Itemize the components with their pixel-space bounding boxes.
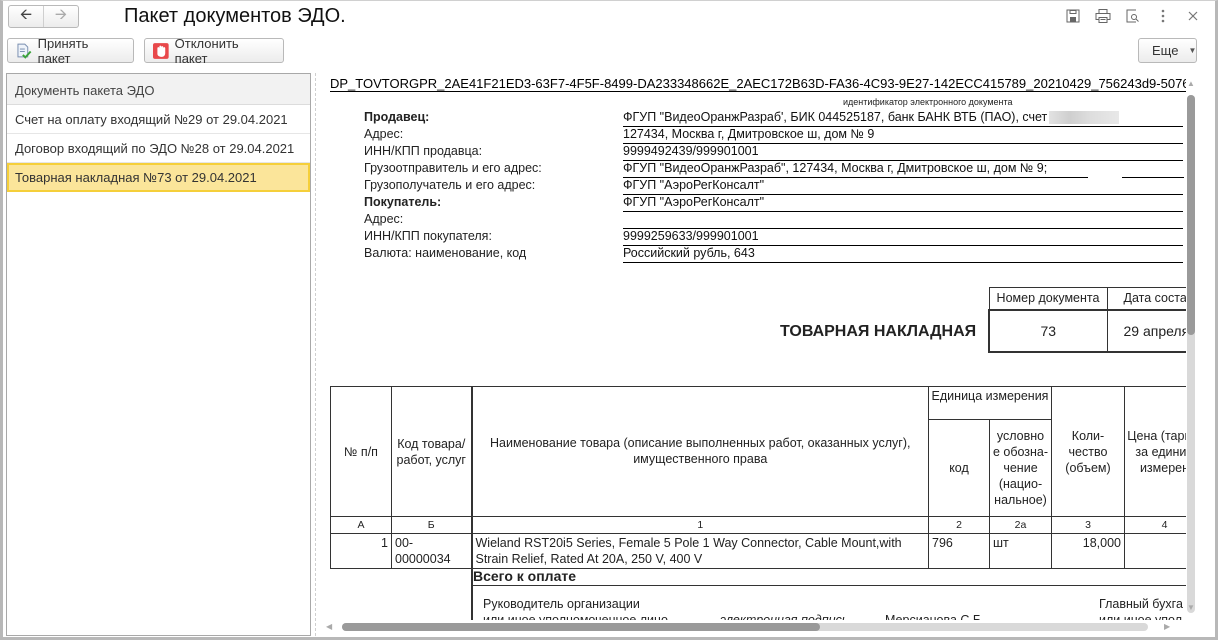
shipper-label: Грузоотправитель и его адрес: bbox=[364, 161, 542, 175]
identifier-caption: идентификатор электронного документа bbox=[843, 97, 1013, 107]
index-cell: 3 bbox=[1052, 517, 1125, 534]
index-cell: Б bbox=[392, 517, 472, 534]
seller-address-value: 127434, Москва г, Дмитровское ш, дом № 9 bbox=[623, 127, 1183, 144]
window-actions bbox=[1058, 6, 1208, 26]
document-accept-icon bbox=[16, 43, 32, 59]
chevron-down-icon: ▼ bbox=[1188, 46, 1196, 55]
currency-value: Российский рубль, 643 bbox=[623, 246, 1183, 263]
preview-icon bbox=[1126, 9, 1140, 23]
buyer-inn-label: ИНН/КПП покупателя: bbox=[364, 229, 492, 243]
head-title-line1: Руководитель организации bbox=[483, 597, 640, 611]
accountant-title-line2: или иное упол bbox=[1099, 613, 1182, 620]
seller-inn-value: 9999492439/999901001 bbox=[623, 144, 1183, 161]
preview-button[interactable] bbox=[1118, 6, 1148, 26]
buyer-address-label: Адрес: bbox=[364, 212, 403, 226]
panel-splitter[interactable] bbox=[315, 73, 316, 636]
table-row: 1 00-00000034 Wieland RST20i5 Series, Fe… bbox=[331, 534, 1187, 569]
document-number-table: Номер документа Дата соста 73 29 апреля bbox=[988, 287, 1186, 353]
save-icon bbox=[1066, 9, 1080, 23]
electronic-signature-label: электронная подпись bbox=[720, 613, 848, 620]
row-name: Wieland RST20i5 Series, Female 5 Pole 1 … bbox=[472, 534, 929, 569]
currency-label: Валюта: наименование, код bbox=[364, 246, 526, 260]
arrow-left-icon: 🡨 bbox=[20, 4, 32, 29]
accept-package-label: Принять пакет bbox=[38, 36, 123, 66]
document-title: ТОВАРНАЯ НАКЛАДНАЯ bbox=[780, 323, 976, 341]
col-num-header: № п/п bbox=[331, 387, 392, 517]
col-qty-header: Коли- чество (объем) bbox=[1052, 387, 1125, 517]
list-item-label: Товарная накладная №73 от 29.04.2021 bbox=[15, 170, 257, 185]
list-item[interactable]: Счет на оплату входящий №29 от 29.04.202… bbox=[7, 105, 310, 134]
vertical-scrollbar[interactable]: ▲ ▼ bbox=[1186, 73, 1198, 620]
col-unit-code-header: код bbox=[929, 420, 990, 517]
seller-address-label: Адрес: bbox=[364, 127, 403, 141]
seller-label: Продавец: bbox=[364, 110, 429, 124]
scroll-up-icon[interactable]: ▲ bbox=[1187, 79, 1195, 88]
accept-package-button[interactable]: Принять пакет bbox=[7, 38, 134, 63]
doc-number-value: 73 bbox=[989, 310, 1107, 352]
more-menu-button[interactable]: Еще ▼ bbox=[1138, 38, 1197, 63]
back-button[interactable]: 🡨 bbox=[9, 6, 43, 27]
print-button[interactable] bbox=[1088, 6, 1118, 26]
document-identifier: DP_TOVTORGPR_2AE41F21ED3-63F7-4F5F-8499-… bbox=[330, 76, 1186, 92]
more-actions-button[interactable] bbox=[1148, 6, 1178, 26]
goods-table: № п/п Код товара/ работ, услуг Наименова… bbox=[330, 386, 1186, 569]
list-item[interactable]: Договор входящий по ЭДО №28 от 29.04.202… bbox=[7, 134, 310, 163]
index-cell: 2а bbox=[990, 517, 1052, 534]
doc-date-value: 29 апреля bbox=[1107, 310, 1186, 352]
scroll-left-icon[interactable]: ◀ bbox=[326, 622, 332, 631]
col-unit-group-header: Единица измерения bbox=[929, 387, 1052, 420]
list-item-selected[interactable]: Товарная накладная №73 от 29.04.2021 bbox=[7, 163, 310, 192]
more-menu-label: Еще bbox=[1152, 43, 1178, 58]
buyer-inn-value: 9999259633/999901001 bbox=[623, 229, 1183, 246]
stop-hand-icon bbox=[153, 43, 169, 59]
seller-inn-label: ИНН/КПП продавца: bbox=[364, 144, 482, 158]
shipper-value: ФГУП "ВидеоОранжРазраб", 127434, Москва … bbox=[623, 161, 1088, 178]
accountant-title-line1: Главный бухга bbox=[1099, 597, 1183, 611]
doc-date-header: Дата соста bbox=[1107, 288, 1186, 310]
reject-package-button[interactable]: Отклонить пакет bbox=[144, 38, 284, 63]
navigation-buttons: 🡨 🡪 bbox=[8, 5, 79, 28]
forward-button[interactable]: 🡪 bbox=[43, 6, 78, 27]
col-unit-name-header: условно е обозна- чение (нацио- нальное) bbox=[990, 420, 1052, 517]
total-label: Всего к оплате bbox=[473, 568, 576, 584]
package-documents-list: Документь пакета ЭДО Счет на оплату вход… bbox=[6, 73, 311, 636]
index-cell: А bbox=[331, 517, 392, 534]
more-vertical-icon bbox=[1161, 9, 1165, 23]
consignee-label: Грузополучатель и его адрес: bbox=[364, 178, 535, 192]
redacted-account bbox=[1049, 111, 1119, 124]
print-icon bbox=[1095, 9, 1111, 23]
row-code: 00-00000034 bbox=[392, 534, 472, 569]
index-cell: 4 bbox=[1125, 517, 1187, 534]
buyer-label: Покупатель: bbox=[364, 195, 441, 209]
vertical-scroll-thumb[interactable] bbox=[1187, 95, 1195, 335]
col-price-header: Цена (тариф за единиц измерен bbox=[1125, 387, 1187, 517]
consignee-value: ФГУП "АэроРегКонсалт" bbox=[623, 178, 1183, 195]
arrow-right-icon: 🡪 bbox=[55, 4, 67, 29]
head-name: Мерсианова С.Б. bbox=[885, 613, 985, 620]
index-cell: 1 bbox=[472, 517, 929, 534]
shipper-extra-line bbox=[1122, 161, 1184, 178]
doc-number-header: Номер документа bbox=[989, 288, 1107, 310]
close-icon bbox=[1188, 11, 1198, 21]
index-cell: 2 bbox=[929, 517, 990, 534]
buyer-address-value bbox=[623, 212, 1183, 229]
col-code-header: Код товара/ работ, услуг bbox=[392, 387, 472, 517]
document-viewer: DP_TOVTORGPR_2AE41F21ED3-63F7-4F5F-8499-… bbox=[318, 73, 1186, 620]
window-title: Пакет документов ЭДО. bbox=[124, 5, 346, 28]
save-button[interactable] bbox=[1058, 6, 1088, 26]
row-unit-name: шт bbox=[990, 534, 1052, 569]
list-header: Документь пакета ЭДО bbox=[7, 74, 310, 105]
col-name-header: Наименование товара (описание выполненны… bbox=[472, 387, 929, 517]
list-item-label: Счет на оплату входящий №29 от 29.04.202… bbox=[15, 112, 288, 127]
scroll-right-icon[interactable]: ▶ bbox=[1164, 622, 1170, 631]
row-qty: 18,000 bbox=[1052, 534, 1125, 569]
head-title-line2: или иное уполномоченное лицо bbox=[483, 613, 668, 620]
buyer-value: ФГУП "АэроРегКонсалт" bbox=[623, 195, 1183, 212]
horizontal-scroll-thumb[interactable] bbox=[342, 623, 820, 631]
row-unit-code: 796 bbox=[929, 534, 990, 569]
row-num: 1 bbox=[331, 534, 392, 569]
row-price: 1 bbox=[1125, 534, 1187, 569]
reject-package-label: Отклонить пакет bbox=[175, 36, 273, 66]
seller-value: ФГУП "ВидеоОранжРазраб', БИК 044525187, … bbox=[623, 110, 1183, 127]
horizontal-scrollbar[interactable]: ◀ ▶ bbox=[318, 620, 1186, 634]
close-button[interactable] bbox=[1178, 6, 1208, 26]
total-row bbox=[471, 567, 1186, 586]
scroll-down-icon[interactable]: ▼ bbox=[1187, 603, 1195, 612]
list-item-label: Договор входящий по ЭДО №28 от 29.04.202… bbox=[15, 141, 294, 156]
